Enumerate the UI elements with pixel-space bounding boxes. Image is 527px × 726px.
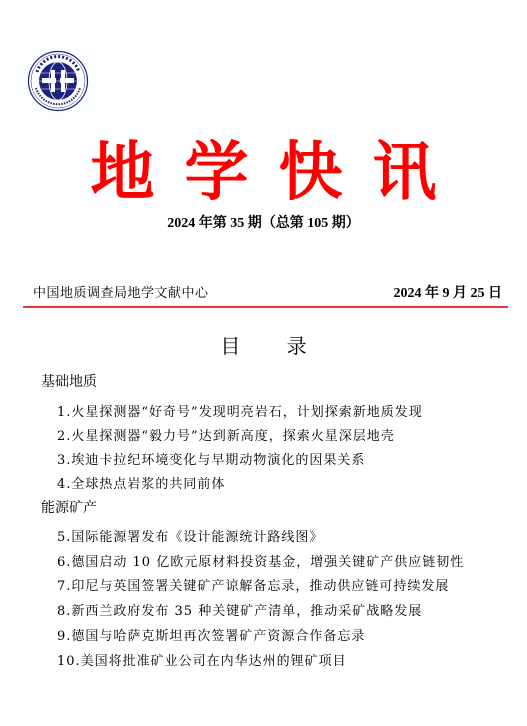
toc-item[interactable]: 3.埃迪卡拉纪环境变化与早期动物演化的因果关系 <box>57 449 365 468</box>
toc-item[interactable]: 1.火星探测器“好奇号”发现明亮岩石，计划探索新地质发现 <box>57 401 423 420</box>
toc-item[interactable]: 5.国际能源署发布《设计能源统计路线图》 <box>57 526 323 545</box>
section-heading: 能源矿产 <box>41 497 97 517</box>
toc-title: 目 录 <box>0 330 527 359</box>
toc-item[interactable]: 8.新西兰政府发布 35 种关键矿产清单，推动采矿战略发展 <box>57 600 422 619</box>
toc-item[interactable]: 2.火星探测器“毅力号”达到新高度，探索火星深层地壳 <box>57 425 395 444</box>
section-heading: 基础地质 <box>41 371 97 391</box>
issue-number: 2024 年第 35 期（总第 105 期） <box>0 212 527 232</box>
toc-item[interactable]: 4.全球热点岩浆的共同前体 <box>57 473 225 492</box>
toc-item[interactable]: 6.德国启动 10 亿欧元原材料投资基金，增强关键矿产供应链韧性 <box>57 551 464 570</box>
china-geological-survey-emblem-icon <box>27 50 89 112</box>
publisher: 中国地质调查局地学文献中心 <box>33 282 209 301</box>
publish-date: 2024 年 9 月 25 日 <box>394 282 503 302</box>
toc-item[interactable]: 10.美国将批准矿业公司在内华达州的锂矿项目 <box>57 650 347 669</box>
masthead-title: 地学快讯 <box>0 128 527 218</box>
toc-item[interactable]: 7.印尼与英国签署关键矿产谅解备忘录，推动供应链可持续发展 <box>57 575 449 594</box>
toc-item[interactable]: 9.德国与哈萨克斯坦再次签署矿产资源合作备忘录 <box>57 625 365 644</box>
header-divider <box>23 306 508 308</box>
